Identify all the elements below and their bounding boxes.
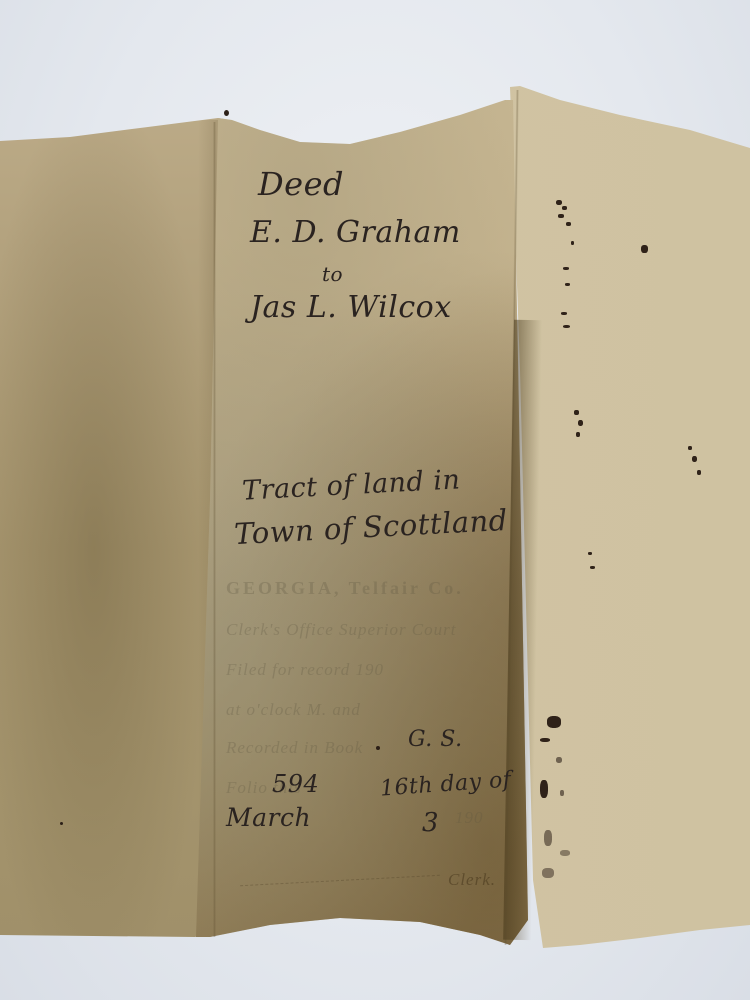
photo-stage: Deed E. D. Graham to Jas L. Wilcox Tract… — [0, 0, 750, 1000]
printed-clerk-office: Clerk's Office Superior Court — [226, 620, 457, 640]
deed-title: Deed — [258, 165, 344, 203]
record-year-digit: 3 — [422, 808, 439, 838]
to-word: to — [322, 262, 343, 286]
grantor-name: E. D. Graham — [250, 215, 461, 250]
clerk-initials: G. S. — [408, 727, 463, 752]
printed-oclock: at o'clock M. and — [226, 700, 361, 720]
printed-state-county: GEORGIA, Telfair Co. — [226, 578, 464, 599]
printed-filed-for-record: Filed for record 190 — [226, 660, 384, 680]
left-fold-crease — [213, 122, 216, 937]
paper-speck — [224, 110, 229, 116]
printed-clerk-label: Clerk. — [448, 870, 496, 890]
printed-recorded-in-book: Recorded in Book — [226, 738, 363, 758]
grantee-name: Jas L. Wilcox — [250, 290, 452, 325]
record-month: March — [226, 803, 311, 832]
book-number: 594 — [272, 770, 319, 798]
paper-speck — [60, 822, 63, 825]
paper-speck — [376, 746, 380, 750]
printed-year: 190 — [455, 808, 484, 828]
